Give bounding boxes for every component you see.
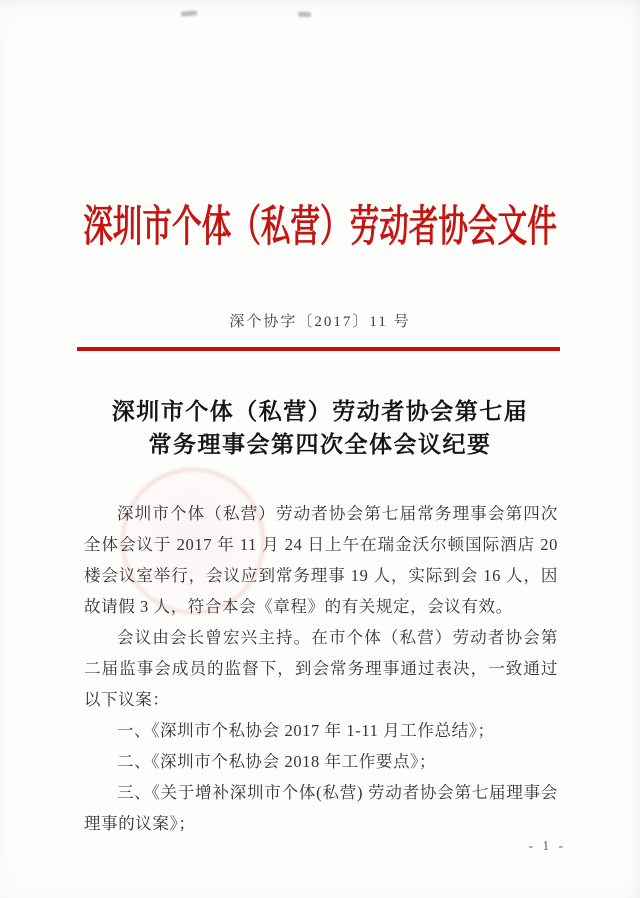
body-paragraph: 会议由会长曾宏兴主持。在市个体（私营）劳动者协会第二届监事会成员的监督下，到会常… xyxy=(84,622,558,715)
document-title-line2: 常务理事会第四次全体会议纪要 xyxy=(0,428,640,461)
org-banner-title: 深圳市个体（私营）劳动者协会文件 xyxy=(0,204,640,250)
document-number: 深个协字〔2017〕11 号 xyxy=(0,310,640,331)
red-divider-rule xyxy=(77,347,560,351)
agenda-item: 三、《关于增补深圳市个体(私营) 劳动者协会第七届理事会理事的议案》； xyxy=(84,777,558,839)
document-title: 深圳市个体（私营）劳动者协会第七届 常务理事会第四次全体会议纪要 xyxy=(0,395,640,461)
page-number: - 1 - xyxy=(529,838,567,854)
scan-artifact-speck xyxy=(181,10,197,16)
document-title-line1: 深圳市个体（私营）劳动者协会第七届 xyxy=(0,395,640,428)
agenda-item: 二、《深圳市个私协会 2018 年工作要点》； xyxy=(84,746,558,777)
scan-artifact-speck xyxy=(298,12,311,18)
body-paragraph: 深圳市个体（私营）劳动者协会第七届常务理事会第四次全体会议于 2017 年 11… xyxy=(84,498,558,622)
document-body: 深圳市个体（私营）劳动者协会第七届常务理事会第四次全体会议于 2017 年 11… xyxy=(84,498,558,839)
agenda-item: 一、《深圳市个私协会 2017 年 1-11 月工作总结》； xyxy=(84,715,558,746)
scanned-document-page: 深圳市个体（私营）劳动者协会文件 深个协字〔2017〕11 号 深圳市个体（私营… xyxy=(0,0,640,898)
org-banner-title-text: 深圳市个体（私营）劳动者协会文件 xyxy=(83,202,557,252)
